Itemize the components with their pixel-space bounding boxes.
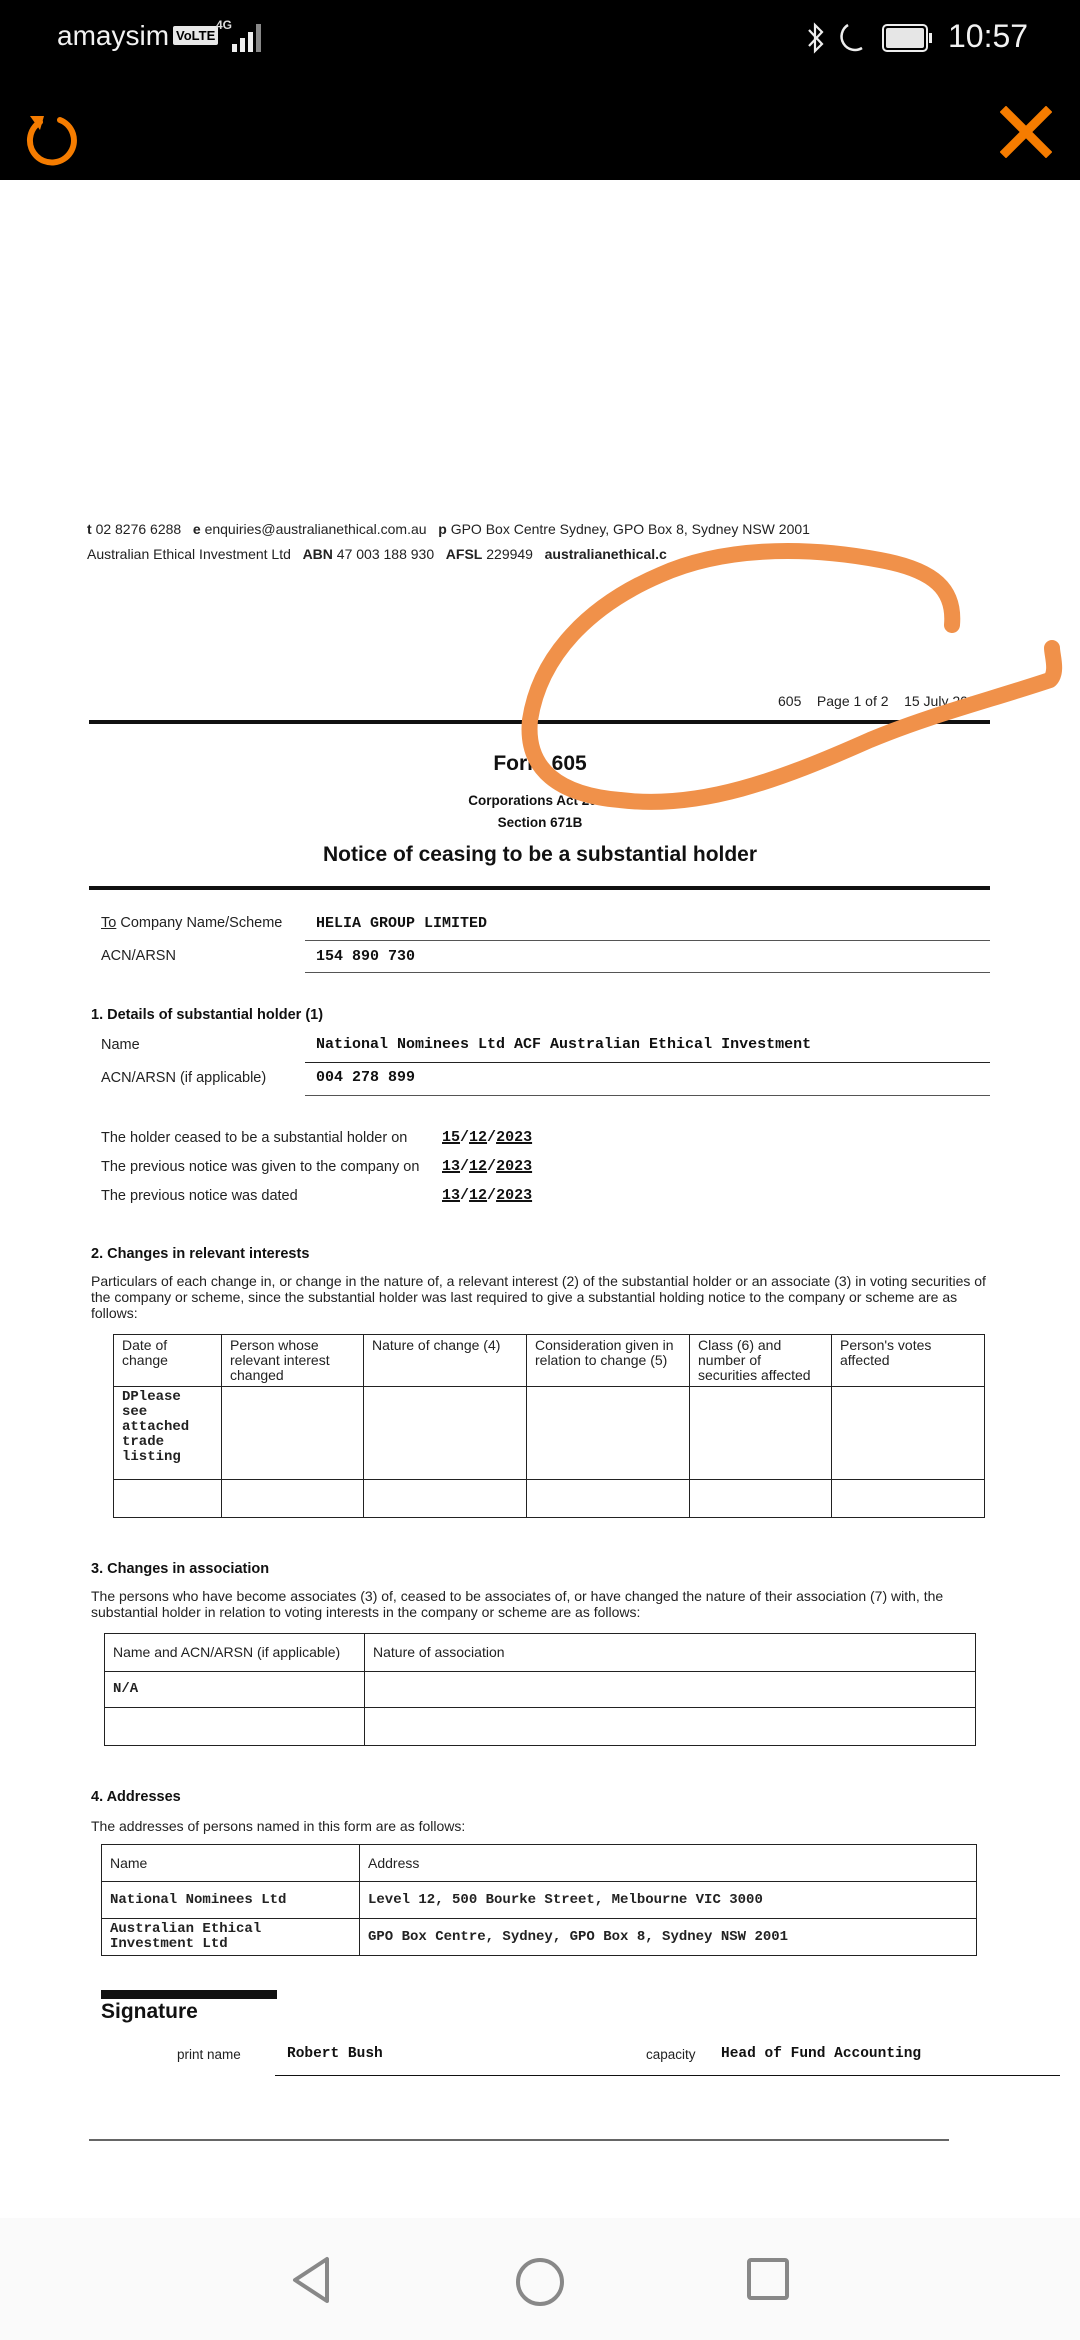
back-icon[interactable] bbox=[283, 2255, 333, 2305]
home-icon[interactable] bbox=[513, 2255, 567, 2309]
freehand-annotation-stroke bbox=[0, 0, 1080, 2340]
recents-icon[interactable] bbox=[745, 2256, 793, 2304]
